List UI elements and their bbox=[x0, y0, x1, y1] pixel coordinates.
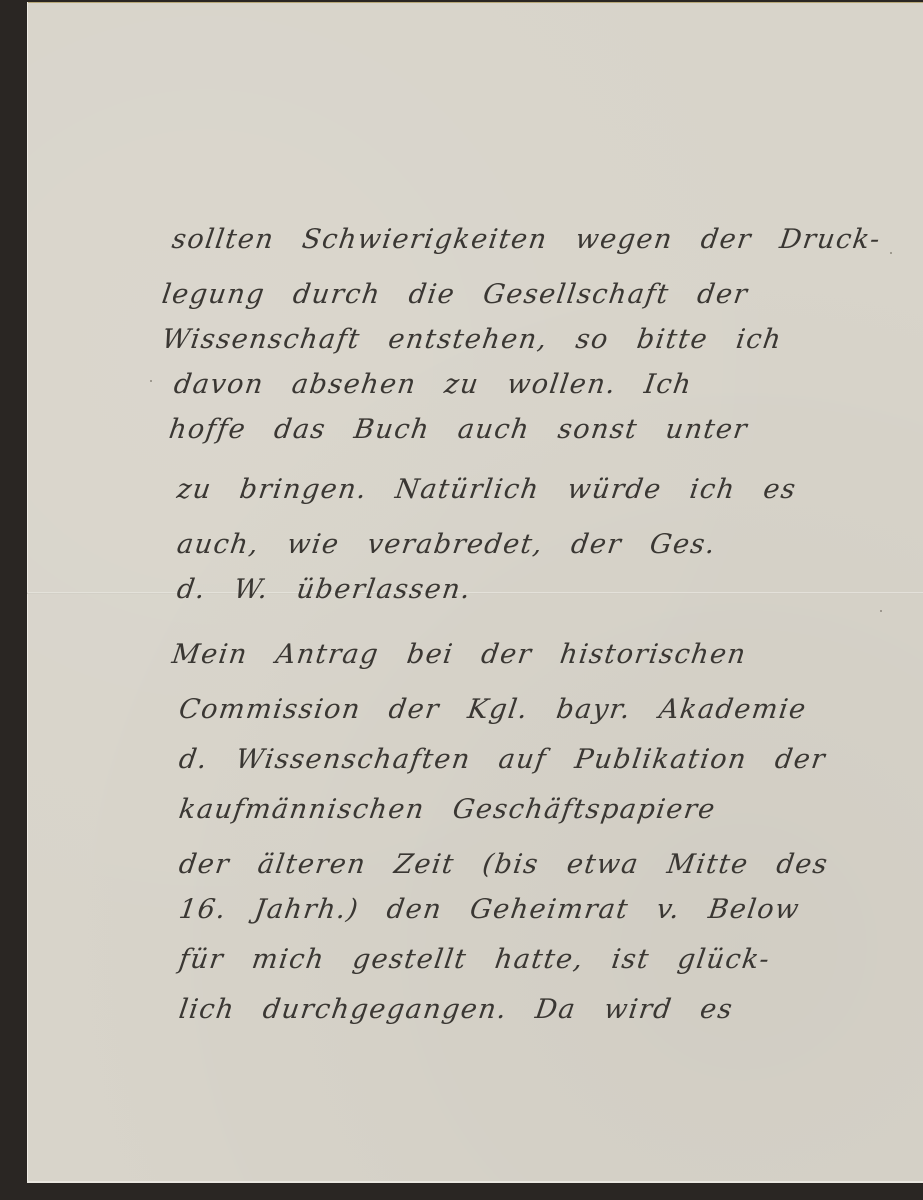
text-line-8: d. W. überlassen. bbox=[175, 574, 473, 605]
text-line-4: davon absehen zu wollen. Ich bbox=[172, 369, 694, 400]
handwritten-text: sollten Schwierigkeiten wegen der Druck-… bbox=[27, 2, 923, 1183]
text-line-9: Mein Antrag bei der historischen bbox=[170, 639, 749, 670]
text-line-15: für mich gestellt hatte, ist glück- bbox=[177, 944, 772, 975]
text-line-7: auch, wie verabredet, der Ges. bbox=[175, 529, 718, 560]
letter-page: sollten Schwierigkeiten wegen der Druck-… bbox=[27, 2, 923, 1183]
text-line-16: lich durchgegangen. Da wird es bbox=[177, 994, 735, 1025]
text-line-14: 16. Jahrh.) den Geheimrat v. Below bbox=[177, 894, 802, 925]
text-line-2: legung durch die Gesellschaft der bbox=[160, 279, 750, 310]
text-line-11: d. Wissenschaften auf Publikation der bbox=[177, 744, 828, 775]
text-line-12: kaufmännischen Geschäftspapiere bbox=[177, 794, 718, 825]
text-line-10: Commission der Kgl. bayr. Akademie bbox=[177, 694, 809, 725]
text-line-1: sollten Schwierigkeiten wegen der Druck- bbox=[170, 224, 883, 255]
text-line-13: der älteren Zeit (bis etwa Mitte des bbox=[177, 849, 831, 880]
text-line-6: zu bringen. Natürlich würde ich es bbox=[175, 474, 799, 505]
text-line-5: hoffe das Buch auch sonst unter bbox=[167, 414, 750, 445]
text-line-3: Wissenschaft entstehen, so bitte ich bbox=[160, 324, 784, 355]
paper-bottom-edge bbox=[27, 1181, 923, 1183]
